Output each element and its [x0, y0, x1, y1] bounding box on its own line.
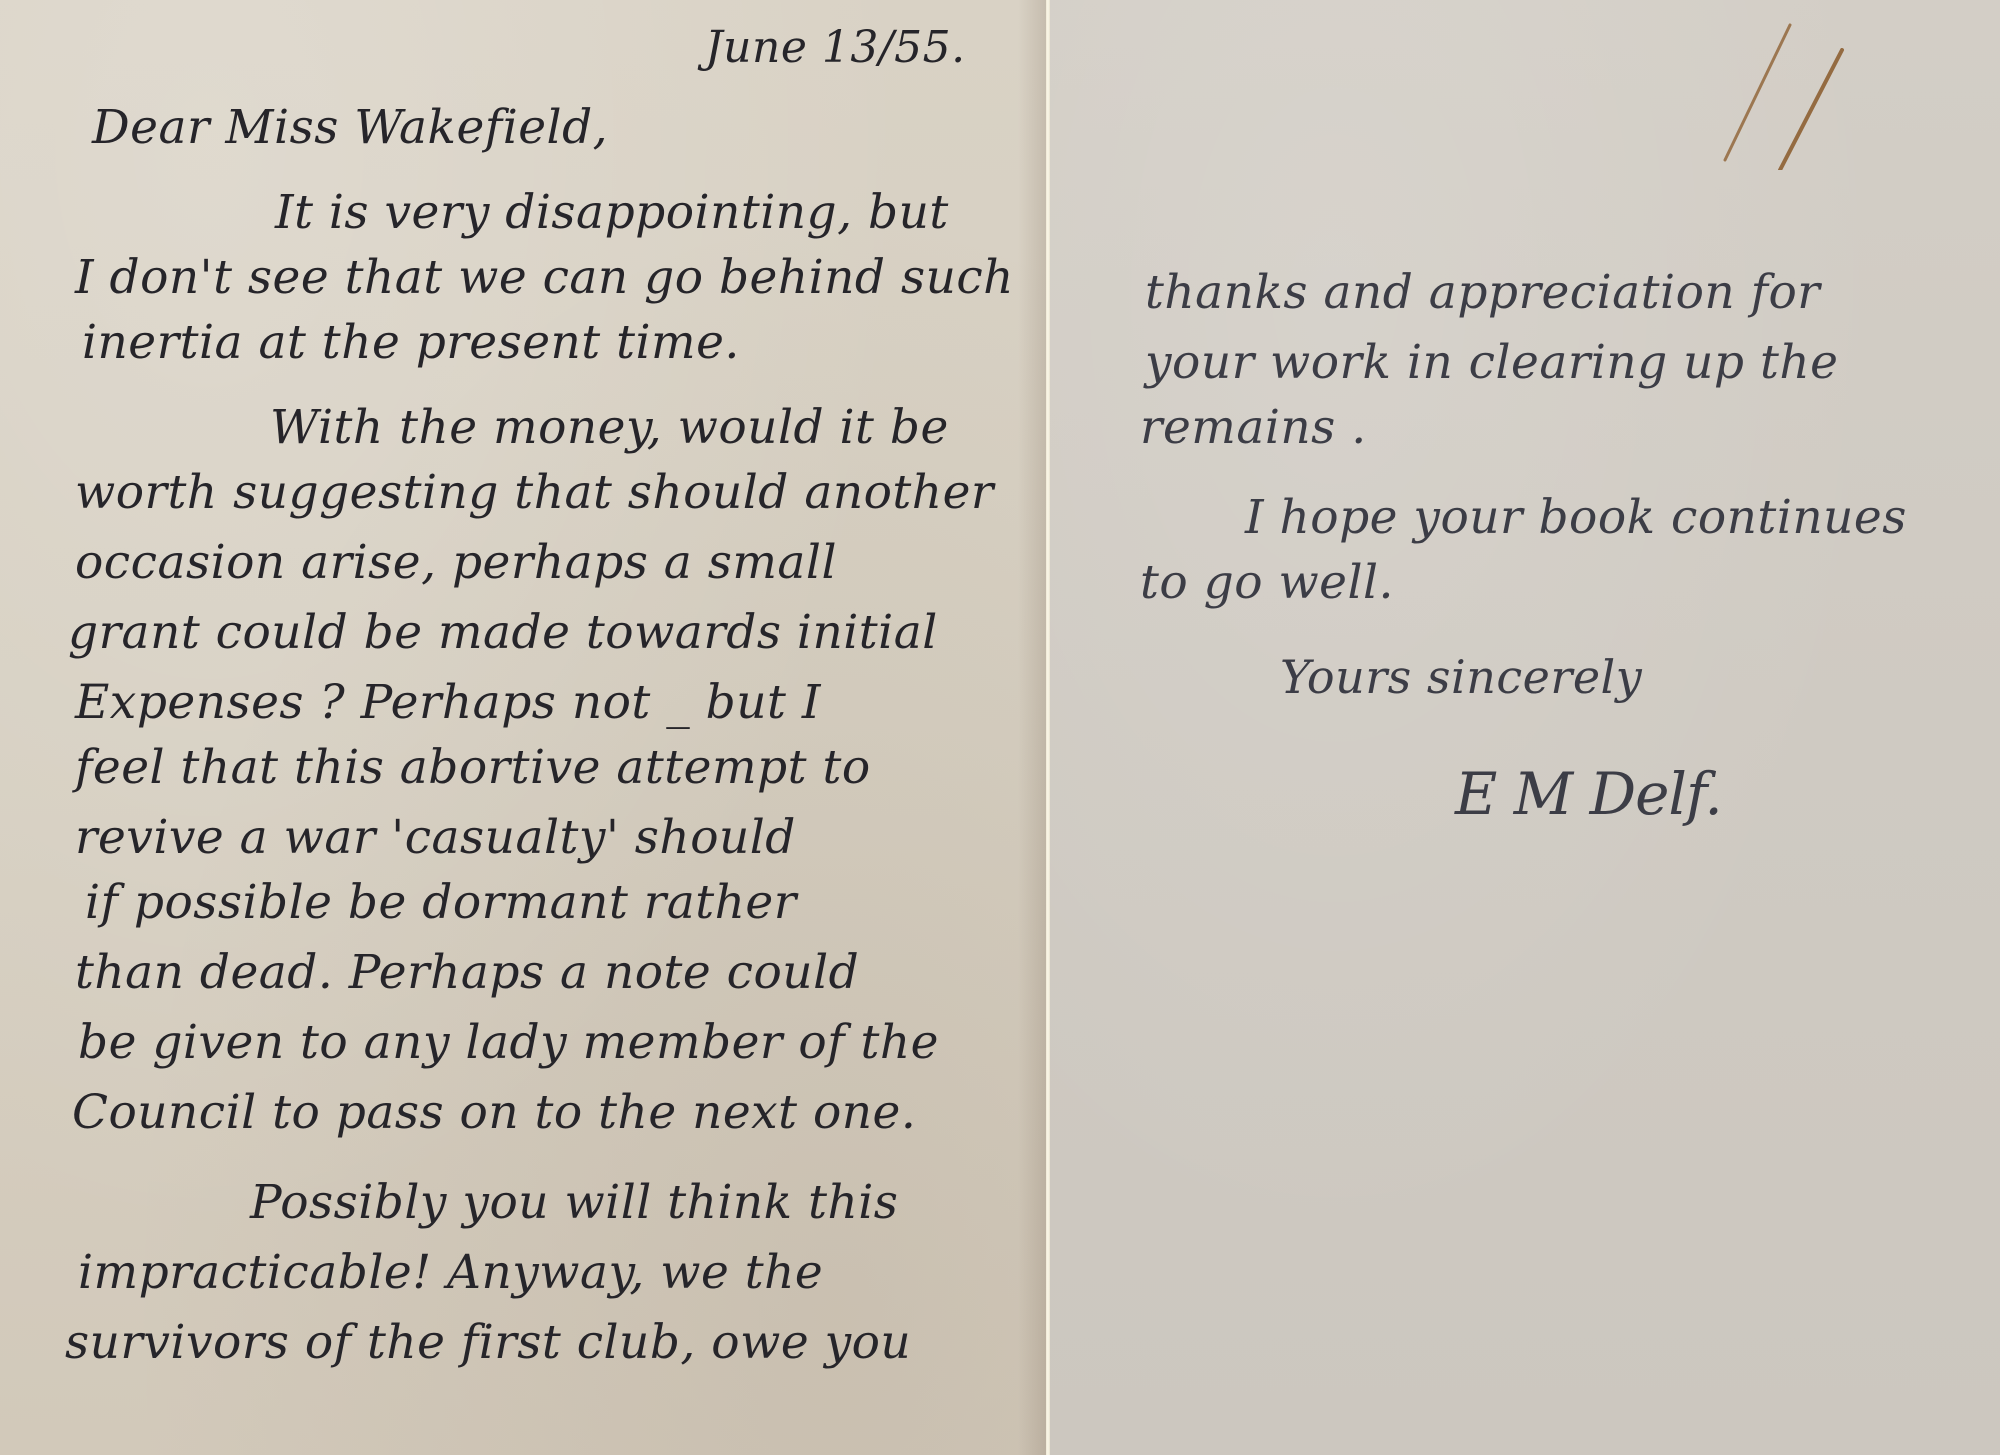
letter-line: Possibly you will think this — [250, 1175, 898, 1230]
letter-line: than dead. Perhaps a note could — [75, 945, 859, 1000]
letter-page-right: thanks and appreciation for your work in… — [1050, 0, 2000, 1455]
letter-line: worth suggesting that should another — [75, 465, 994, 520]
letter-line: I hope your book continues — [1245, 490, 1907, 545]
letter-line: Council to pass on to the next one. — [72, 1085, 916, 1140]
letter-line: Expenses ? Perhaps not _ but I — [75, 675, 821, 730]
letter-line: feel that this abortive attempt to — [75, 740, 871, 795]
letter-line: your work in clearing up the — [1145, 335, 1838, 390]
letter-line: survivors of the first club, owe you — [65, 1315, 911, 1370]
letter-line: if possible be dormant rather — [85, 875, 797, 930]
letter-line: occasion arise, perhaps a small — [75, 535, 837, 590]
letter-line: remains . — [1140, 400, 1367, 455]
letter-line: thanks and appreciation for — [1145, 265, 1820, 320]
letter-line: be given to any lady member of the — [78, 1015, 939, 1070]
letter-signature: E M Delf. — [1455, 760, 1722, 828]
letter-line: grant could be made towards initial — [68, 605, 938, 660]
letter-line: revive a war 'casualty' should — [75, 810, 796, 865]
letter-date: June 13/55. — [705, 22, 966, 73]
letter-line: impracticable! Anyway, we the — [78, 1245, 823, 1300]
letter-line: I don't see that we can go behind such — [75, 250, 1014, 305]
letter-line: It is very disappointing, but — [275, 185, 949, 240]
letter-spread: June 13/55. Dear Miss Wakefield, It is v… — [0, 0, 2000, 1455]
letter-line: to go well. — [1140, 555, 1394, 610]
letter-salutation: Dear Miss Wakefield, — [92, 100, 608, 155]
pencil-tick-marks-icon — [1720, 20, 1850, 170]
letter-line: inertia at the present time. — [82, 315, 740, 370]
letter-closing: Yours sincerely — [1280, 650, 1642, 704]
letter-page-left: June 13/55. Dear Miss Wakefield, It is v… — [0, 0, 1046, 1455]
letter-line: With the money, would it be — [270, 400, 949, 455]
